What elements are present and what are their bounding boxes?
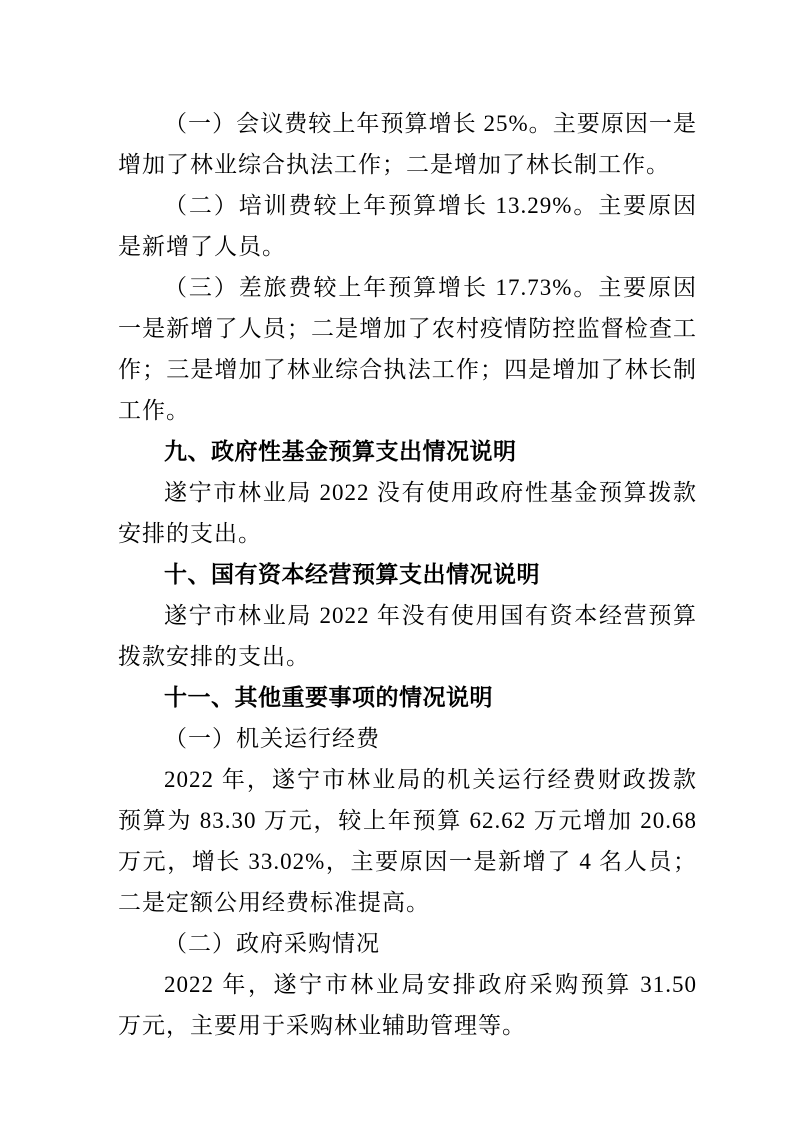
subsection-heading-agency-operating-cost: （一）机关运行经费	[118, 718, 697, 759]
paragraph-travel-fee-note: （三）差旅费较上年预算增长 17.73%。主要原因一是新增了人员；二是增加了农村…	[118, 267, 697, 431]
paragraph-gov-procurement: 2022 年，遂宁市林业局安排政府采购预算 31.50 万元，主要用于采购林业辅…	[118, 964, 697, 1046]
paragraph-meeting-fee-note: （一）会议费较上年预算增长 25%。主要原因一是增加了林业综合执法工作；二是增加…	[118, 103, 697, 185]
paragraph-state-capital-budget: 遂宁市林业局 2022 年没有使用国有资本经营预算拨款安排的支出。	[118, 595, 697, 677]
paragraph-gov-fund-budget: 遂宁市林业局 2022 没有使用政府性基金预算拨款安排的支出。	[118, 472, 697, 554]
section-heading-state-capital-budget: 十、国有资本经营预算支出情况说明	[118, 554, 697, 595]
paragraph-agency-operating-cost: 2022 年，遂宁市林业局的机关运行经费财政拨款预算为 83.30 万元，较上年…	[118, 759, 697, 923]
document-page: （一）会议费较上年预算增长 25%。主要原因一是增加了林业综合执法工作；二是增加…	[0, 0, 793, 1122]
section-heading-gov-fund-budget: 九、政府性基金预算支出情况说明	[118, 431, 697, 472]
paragraph-training-fee-note: （二）培训费较上年预算增长 13.29%。主要原因是新增了人员。	[118, 185, 697, 267]
section-heading-other-important-items: 十一、其他重要事项的情况说明	[118, 677, 697, 718]
subsection-heading-gov-procurement: （二）政府采购情况	[118, 923, 697, 964]
